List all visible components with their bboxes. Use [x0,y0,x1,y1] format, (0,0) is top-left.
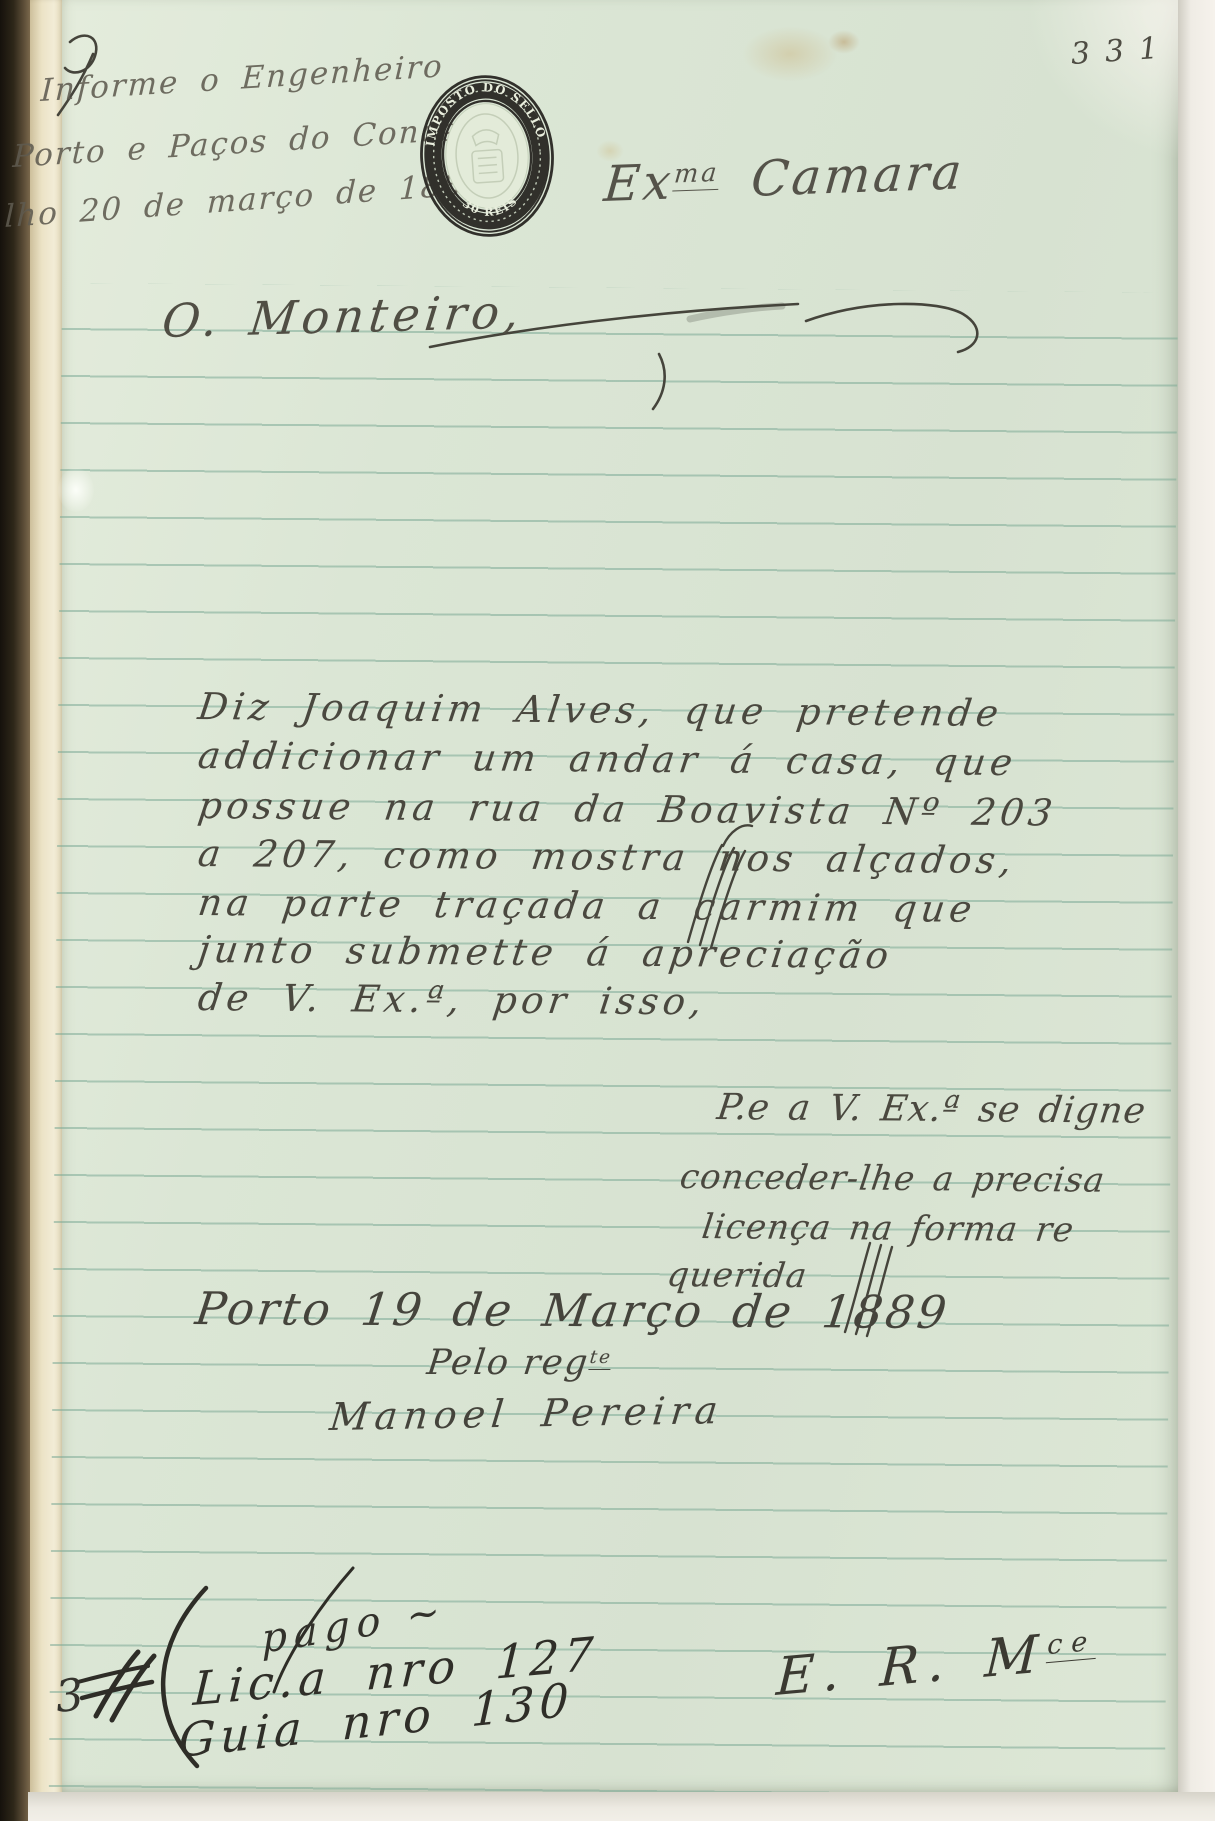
body-line: junto submette á apreciação [196,931,895,974]
closing-superscript: ce [1046,1626,1097,1664]
dateline: Porto 19 de Março de 1889 [193,1286,952,1335]
body-line: de V. Ex.ª, por isso, [196,979,708,1020]
petition-line: P.e a V. Ex.ª se digne [715,1090,1148,1130]
book-binding-edge [0,0,30,1821]
clerk-signature: O. Monteiro, [160,288,527,344]
scanner-background-right [1178,0,1215,1821]
body-line: possue na rua da Boavista Nº 203 [196,787,1059,831]
paper-chip [58,468,94,512]
salutation-abbreviation: Ex [602,153,676,213]
paper-stain [828,30,860,54]
body-line: Diz Joaquim Alves, que pretende [196,688,1005,732]
body-line: addicionar um andar á casa, que [196,737,1019,781]
scanner-background-bottom [28,1792,1215,1821]
margin-tally-mark: 3 [53,1673,85,1720]
manuscript-scan: Informe o Engenheiro Porto e Paços do Co… [0,0,1215,1821]
petition-line: conceder-lhe a precisa [678,1160,1107,1198]
byline-prefix: Pelo reg [425,1343,592,1383]
salutation: Exma Camara [602,147,966,209]
petitioner-representative-signature: Manoel Pereira [328,1391,726,1436]
body-line: a 207, como mostra nos alçados, [196,835,1018,879]
page-number: 331 [1070,33,1174,70]
signed-on-behalf: Pelo regte [425,1346,613,1381]
byline-superscript: te [588,1347,613,1370]
body-line: na parte traçada a carmim que [196,884,978,928]
paper-stain [742,26,838,82]
petition-line: licença na forma re [700,1210,1076,1247]
salutation-title: Camara [749,143,967,208]
ruled-lines [49,283,1178,1800]
revenue-stamp: IMPOSTO DO SELLO 30 REIS [406,65,568,247]
salutation-superscript: ma [673,158,721,192]
